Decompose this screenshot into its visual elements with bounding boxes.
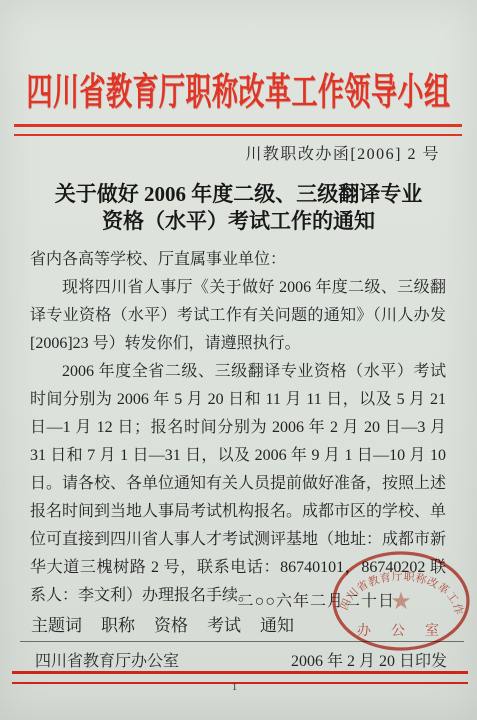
document-title: 关于做好 2006 年度二级、三级翻译专业 资格（水平）考试工作的通知 [20,181,457,235]
salutation: 省内各高等学校、厅直属事业单位： [30,246,446,274]
document-page: 四川省教育厅职称改革工作领导小组 川教职改办函[2006] 2 号 关于做好 2… [0,0,477,720]
document-title-line1: 关于做好 2006 年度二级、三级翻译专业 [20,181,457,208]
footer-separator-line [20,641,464,642]
document-number: 川教职改办函[2006] 2 号 [0,141,440,164]
subject-label: 主题词 [31,615,82,637]
org-header: 四川省教育厅职称改革工作领导小组 [0,60,477,118]
page-number: 1 [0,681,469,693]
subject-term: 通知 [260,615,294,637]
red-separator-line [14,124,462,136]
issue-date: 二○○六年二月二十日 [0,588,395,611]
issuing-office: 四川省教育厅办公室 [35,648,179,671]
print-date: 2006 年 2 月 20 日印发 [291,648,447,671]
subject-term: 考试 [207,615,241,637]
body-paragraph-1: 现将四川省人事厅《关于做好 2006 年度二级、三级翻译专业资格（水平）考试工作… [30,274,446,358]
subject-keywords-row: 主题词 职称 资格 考试 通知 [31,615,294,637]
document-title-line2: 资格（水平）考试工作的通知 [20,208,457,235]
org-name: 四川省教育厅职称改革工作领导小组 [26,62,450,116]
subject-term: 资格 [154,615,188,637]
body-paragraph-2: 2006 年度全省二级、三级翻译专业资格（水平）考试时间分别为 2006 年 5… [30,358,446,610]
seal-office-text: 办公室 [357,622,459,639]
document-body: 省内各高等学校、厅直属事业单位： 现将四川省人事厅《关于做好 2006 年度二级… [30,246,446,610]
subject-term: 职称 [101,615,135,637]
footer-row: 四川省教育厅办公室 2006 年 2 月 20 日印发 [35,648,447,671]
